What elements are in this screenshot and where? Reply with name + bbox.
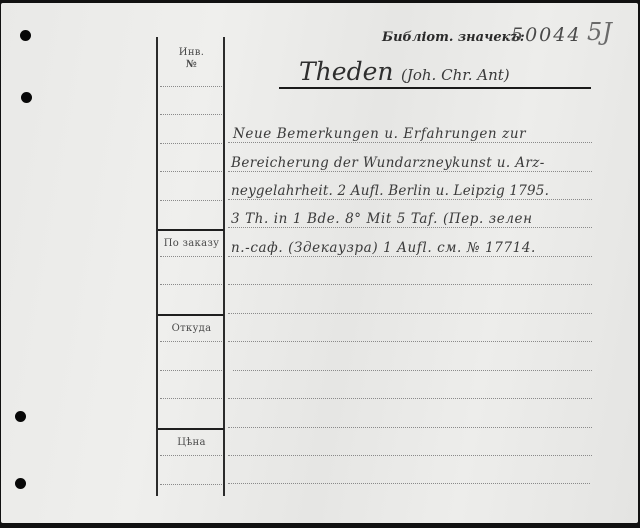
punch-hole — [21, 92, 32, 103]
left-dotted-line — [160, 370, 222, 371]
left-dotted-line — [160, 114, 222, 115]
author-surname: Theden — [299, 57, 393, 86]
entry-dotted-line — [228, 227, 592, 228]
entry-line-2: Bereicherung der Wundarzneykunst u. Arz- — [231, 155, 545, 171]
left-dotted-line — [160, 171, 222, 172]
author-given-names: (Joh. Chr. Ant) — [401, 66, 510, 84]
section-separator — [158, 314, 224, 316]
left-dotted-line — [160, 200, 222, 201]
entry-line-3: neygelahrheit. 2 Aufl. Berlin u. Leipzig… — [231, 183, 549, 199]
entry-dotted-line — [228, 284, 592, 285]
left-dotted-line — [160, 341, 222, 342]
entry-dotted-line — [228, 455, 592, 456]
left-dotted-line — [160, 398, 222, 399]
left-dotted-line — [160, 455, 222, 456]
entry-line-1: Neue Bemerkungen u. Erfahrungen zur — [233, 126, 526, 142]
entry-dotted-line — [233, 370, 592, 371]
entry-line-5: п.-саф. (Здекаузра) 1 Aufl. см. № 17714. — [231, 240, 536, 256]
price-label: Цѣна — [158, 437, 225, 449]
left-dotted-line — [160, 86, 222, 87]
order-label: По заказу — [158, 238, 225, 250]
entry-line-4: 3 Th. in 1 Bde. 8° Mit 5 Taf. (Пер. зеле… — [231, 211, 533, 227]
left-dotted-line — [160, 284, 222, 285]
entry-dotted-line — [228, 142, 592, 143]
left-dotted-line — [160, 256, 222, 257]
left-dotted-line — [160, 484, 222, 485]
entry-dotted-line — [228, 341, 592, 342]
entry-dotted-line — [228, 171, 592, 172]
left-dotted-line — [160, 143, 222, 144]
source-label: Откуда — [158, 323, 225, 335]
entry-dotted-line — [228, 483, 590, 484]
entry-dotted-line — [228, 313, 592, 314]
punch-hole — [15, 411, 26, 422]
entry-dotted-line — [228, 199, 592, 200]
punch-hole — [15, 478, 26, 489]
entry-dotted-line — [228, 256, 592, 257]
entry-dotted-line — [228, 398, 592, 399]
author-underline — [279, 87, 591, 89]
section-separator — [158, 229, 224, 231]
library-mark-value: 50044 — [511, 24, 581, 46]
section-separator — [158, 428, 224, 430]
inventory-number-label: Инв. № — [158, 47, 225, 71]
corner-mark: 5J — [587, 18, 612, 46]
entry-dotted-line — [228, 427, 592, 428]
punch-hole — [20, 30, 31, 41]
library-mark-label: Библіот. значекъ: — [382, 30, 525, 45]
catalog-card: Инв. № По заказу Откуда Цѣна Библіот. зн… — [1, 3, 638, 523]
